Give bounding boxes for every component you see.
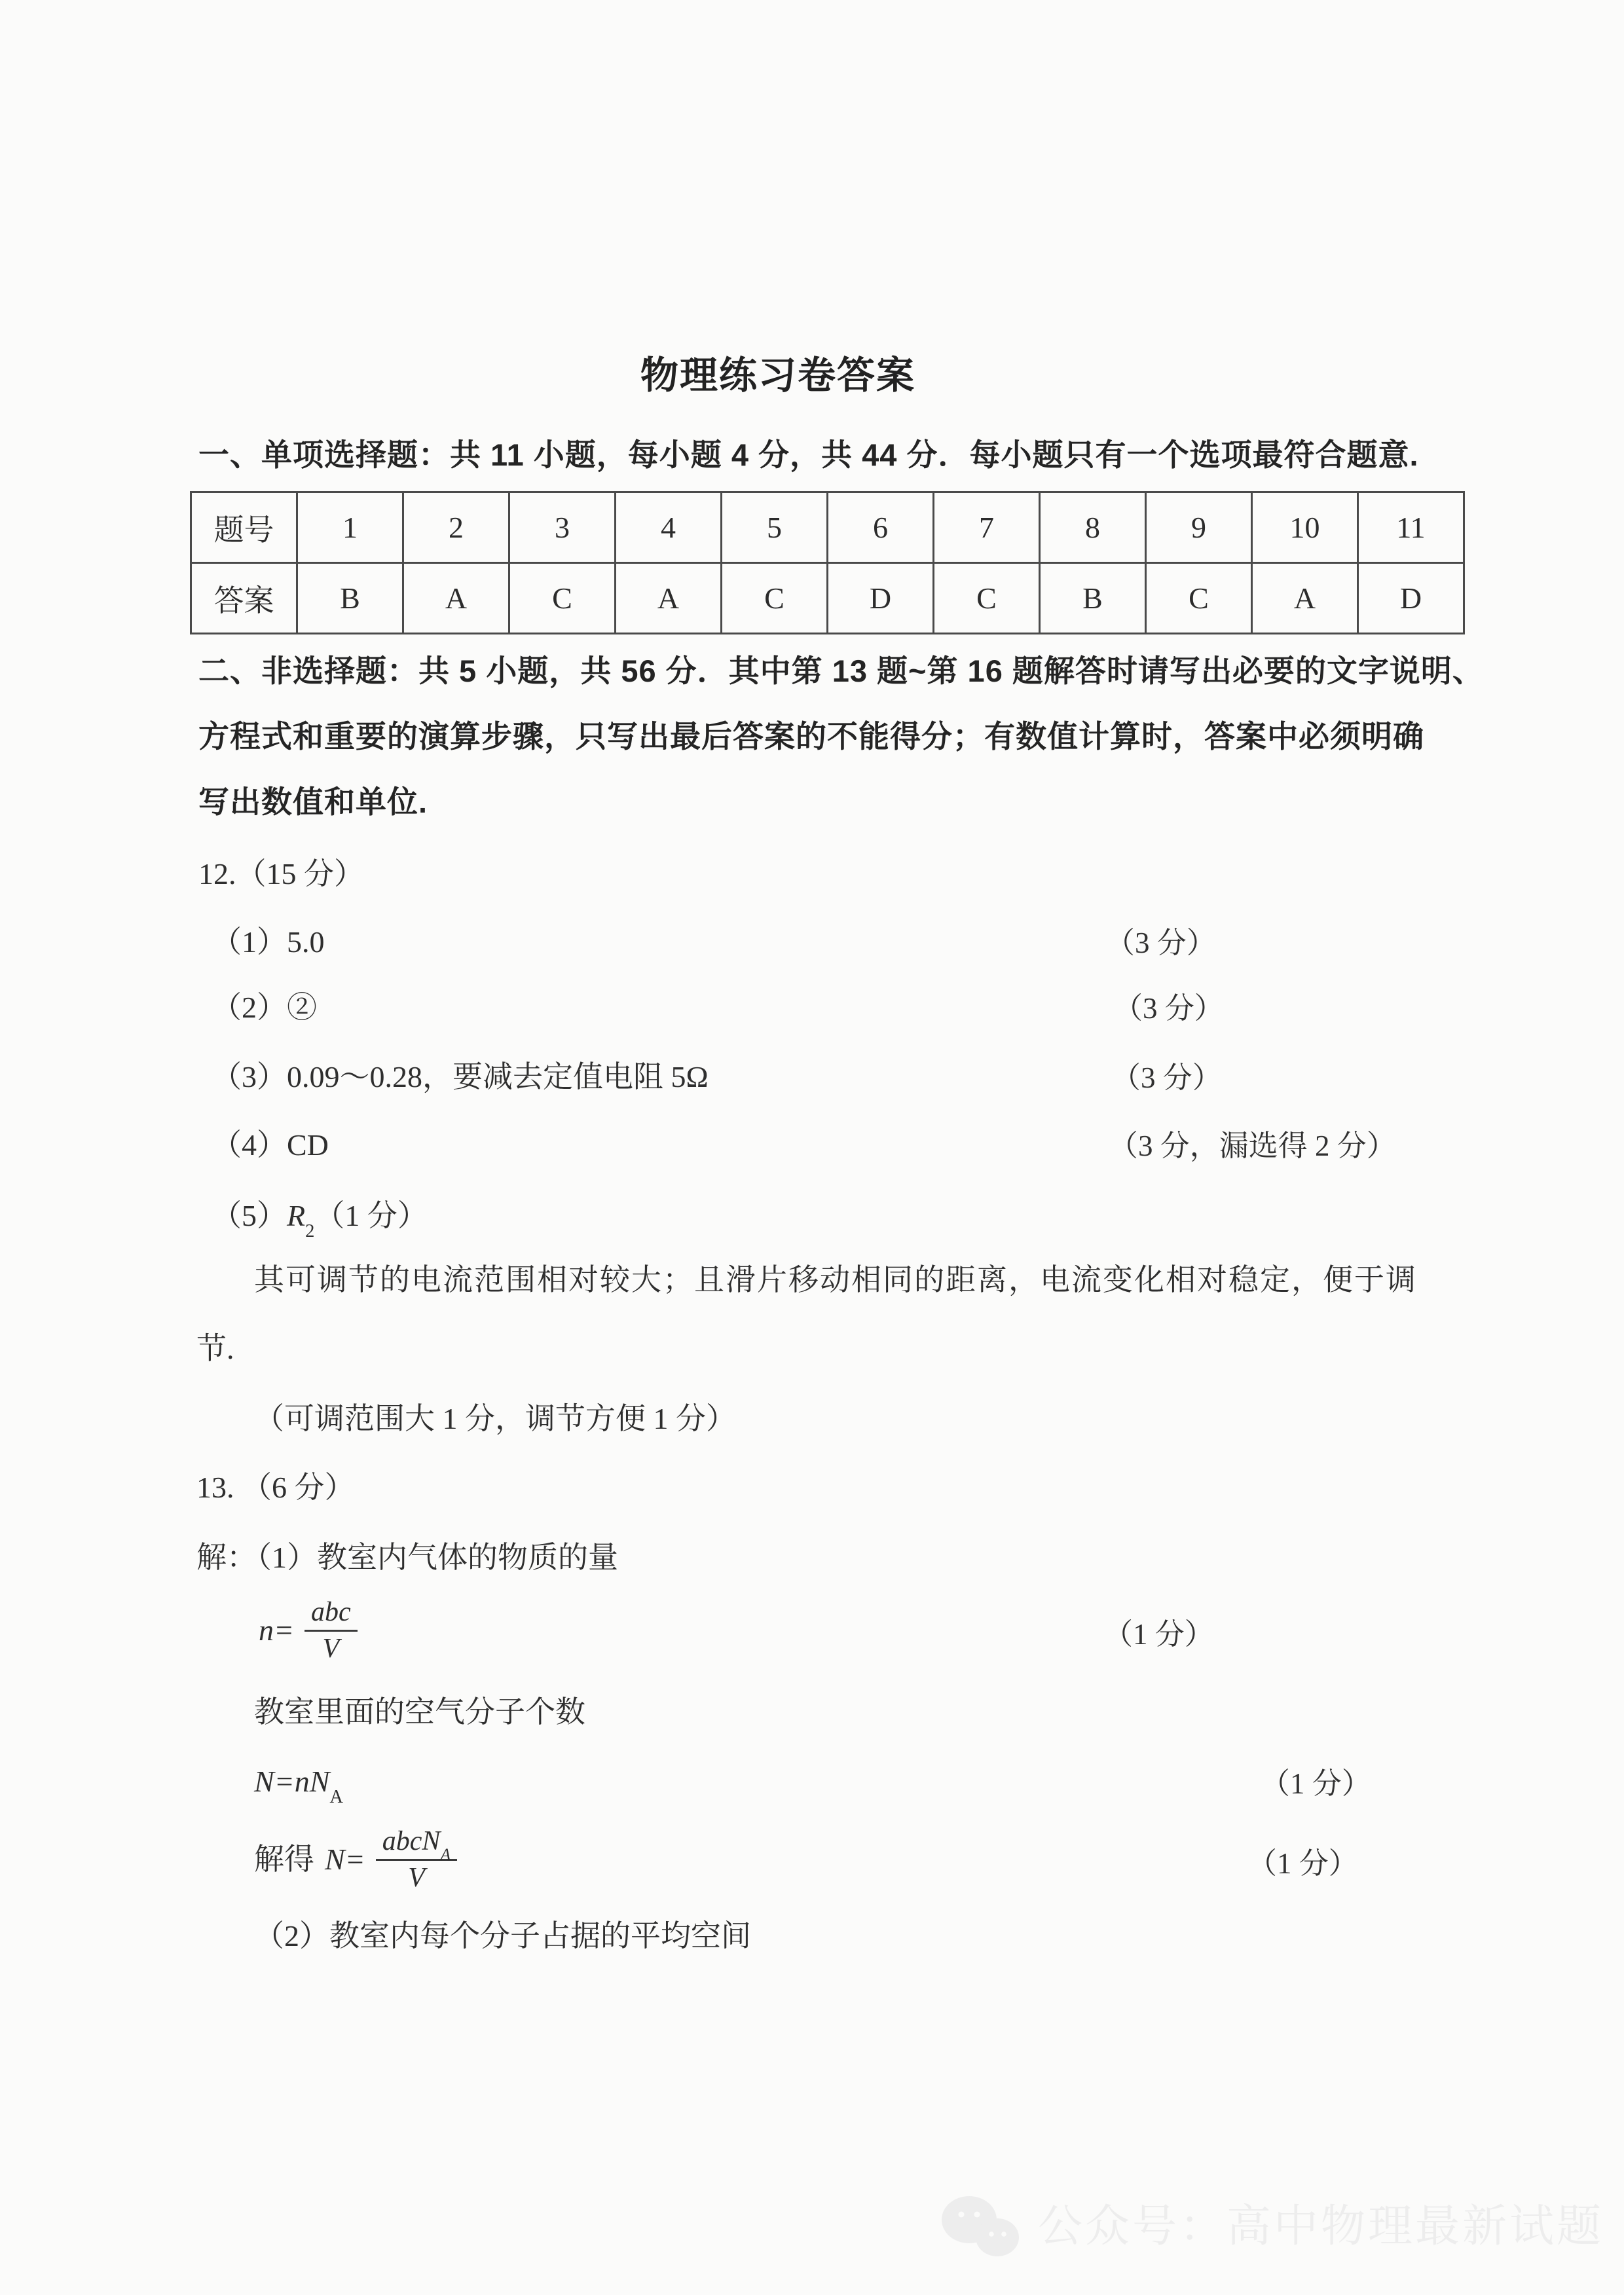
question-number-cell: 8 (1040, 492, 1146, 563)
q13-formula-n: n= abc V (259, 1598, 358, 1663)
answer-cell: C (722, 563, 828, 634)
question-number-cell: 7 (934, 492, 1040, 563)
answer-cell: C (1146, 563, 1252, 634)
q13-formula-result: 解得 N= abcNA V (254, 1827, 457, 1892)
answer-cell: A (616, 563, 722, 634)
formula-result-lhs: N= (325, 1841, 365, 1879)
formula-n-numerator: abc (304, 1598, 358, 1632)
question-number-cell: 2 (403, 492, 509, 563)
answer-cell: C (509, 563, 616, 634)
formula-N-subscript: A (329, 1787, 343, 1807)
question-number-cell: 9 (1146, 492, 1252, 563)
q13-formula-N-score: （1 分） (1261, 1765, 1371, 1802)
section2-heading-line2: 方程式和重要的演算步骤，只写出最后答案的不能得分；有数值计算时，答案中必须明确 (198, 718, 1424, 756)
page-title: 物理练习卷答案 (640, 352, 915, 400)
section2-heading-line3: 写出数值和单位. (198, 783, 428, 822)
table-header-question-no: 题号 (191, 492, 297, 563)
formula-result-denominator: V (408, 1861, 425, 1892)
q12-item3-answer: （3）0.09～0.28，要减去定值电阻 5Ω (212, 1058, 709, 1096)
q12-item4-score: （3 分，漏选得 2 分） (1109, 1128, 1396, 1164)
q13-formula-result-score: （1 分） (1247, 1845, 1358, 1882)
question-number-cell: 1 (297, 492, 403, 563)
q12-item5-subscript: 2 (305, 1221, 314, 1241)
answer-cell: D (1358, 563, 1464, 634)
watermark-text: 公众号：高中物理最新试题 (1038, 2199, 1604, 2254)
answer-table: 题号 1 2 3 4 5 6 7 8 9 10 11 答案 B A C A C … (190, 491, 1465, 634)
q13-molecules-line: 教室里面的空气分子个数 (254, 1693, 585, 1731)
q13-number: 13. （6 分） (196, 1469, 355, 1507)
question-number-cell: 4 (616, 492, 722, 563)
q12-item3-score: （3 分） (1111, 1059, 1222, 1096)
formula-n-lhs: n= (259, 1611, 294, 1649)
q12-item1-answer: （1）5.0 (212, 923, 325, 961)
answer-cell: A (403, 563, 509, 634)
formula-result-numerator: abcNA (376, 1827, 458, 1861)
answer-cell: B (1040, 563, 1146, 634)
q12-item5-variable: R (287, 1199, 305, 1232)
table-row-answers: 答案 B A C A C D C B C A D (191, 563, 1464, 634)
q12-item2-answer: （2）② (212, 989, 317, 1027)
q12-item2-score: （3 分） (1113, 990, 1224, 1027)
section2-heading-line1: 二、非选择题：共 5 小题，共 56 分．其中第 13 题~第 16 题解答时请… (198, 652, 1484, 691)
answer-cell: C (934, 563, 1040, 634)
q13-formula-n-score: （1 分） (1103, 1616, 1214, 1653)
formula-n-fraction: abc V (304, 1598, 358, 1663)
formula-result-fraction: abcNA V (376, 1827, 458, 1892)
formula-result-numerator-body: abcN (382, 1826, 441, 1856)
q13-solve-line: 解：（1）教室内气体的物质的量 (196, 1539, 618, 1577)
q12-item5-answer: （5）R2（1 分） (212, 1197, 428, 1235)
question-number-cell: 6 (828, 492, 934, 563)
wechat-icon (935, 2188, 1027, 2270)
table-row-numbers: 题号 1 2 3 4 5 6 7 8 9 10 11 (191, 492, 1464, 563)
q12-item5-prefix: （5） (212, 1199, 287, 1232)
formula-result-prefix: 解得 (254, 1841, 314, 1879)
section1-heading: 一、单项选择题：共 11 小题，每小题 4 分，共 44 分．每小题只有一个选项… (198, 436, 1419, 475)
formula-N-body: N=nN (254, 1765, 329, 1798)
question-number-cell: 3 (509, 492, 616, 563)
q12-item4-answer: （4）CD (212, 1126, 329, 1164)
formula-n-denominator: V (323, 1632, 340, 1663)
question-number-cell: 5 (722, 492, 828, 563)
answer-cell: D (828, 563, 934, 634)
q12-explanation-line1: 其可调节的电流范围相对较大；且滑片移动相同的距离，电流变化相对稳定，便于调 (254, 1261, 1417, 1299)
answer-cell: A (1252, 563, 1358, 634)
formula-result-numerator-subscript: A (440, 1845, 451, 1864)
table-header-answer: 答案 (191, 563, 297, 634)
q12-number: 12.（15 分） (198, 855, 364, 893)
q13-formula-N: N=nNA (254, 1763, 343, 1801)
answer-cell: B (297, 563, 403, 634)
q12-explanation-line2: 节. (196, 1330, 234, 1368)
question-number-cell: 10 (1252, 492, 1358, 563)
q12-item1-score: （3 分） (1105, 925, 1216, 961)
question-number-cell: 11 (1358, 492, 1464, 563)
answer-sheet-page: 物理练习卷答案 一、单项选择题：共 11 小题，每小题 4 分，共 44 分．每… (0, 0, 1624, 2295)
q12-explanation-note: （可调范围大 1 分，调节方便 1 分） (254, 1400, 736, 1438)
q12-item5-score: （1 分） (314, 1199, 428, 1232)
q13-part2-line: （2）教室内每个分子占据的平均空间 (254, 1917, 751, 1955)
